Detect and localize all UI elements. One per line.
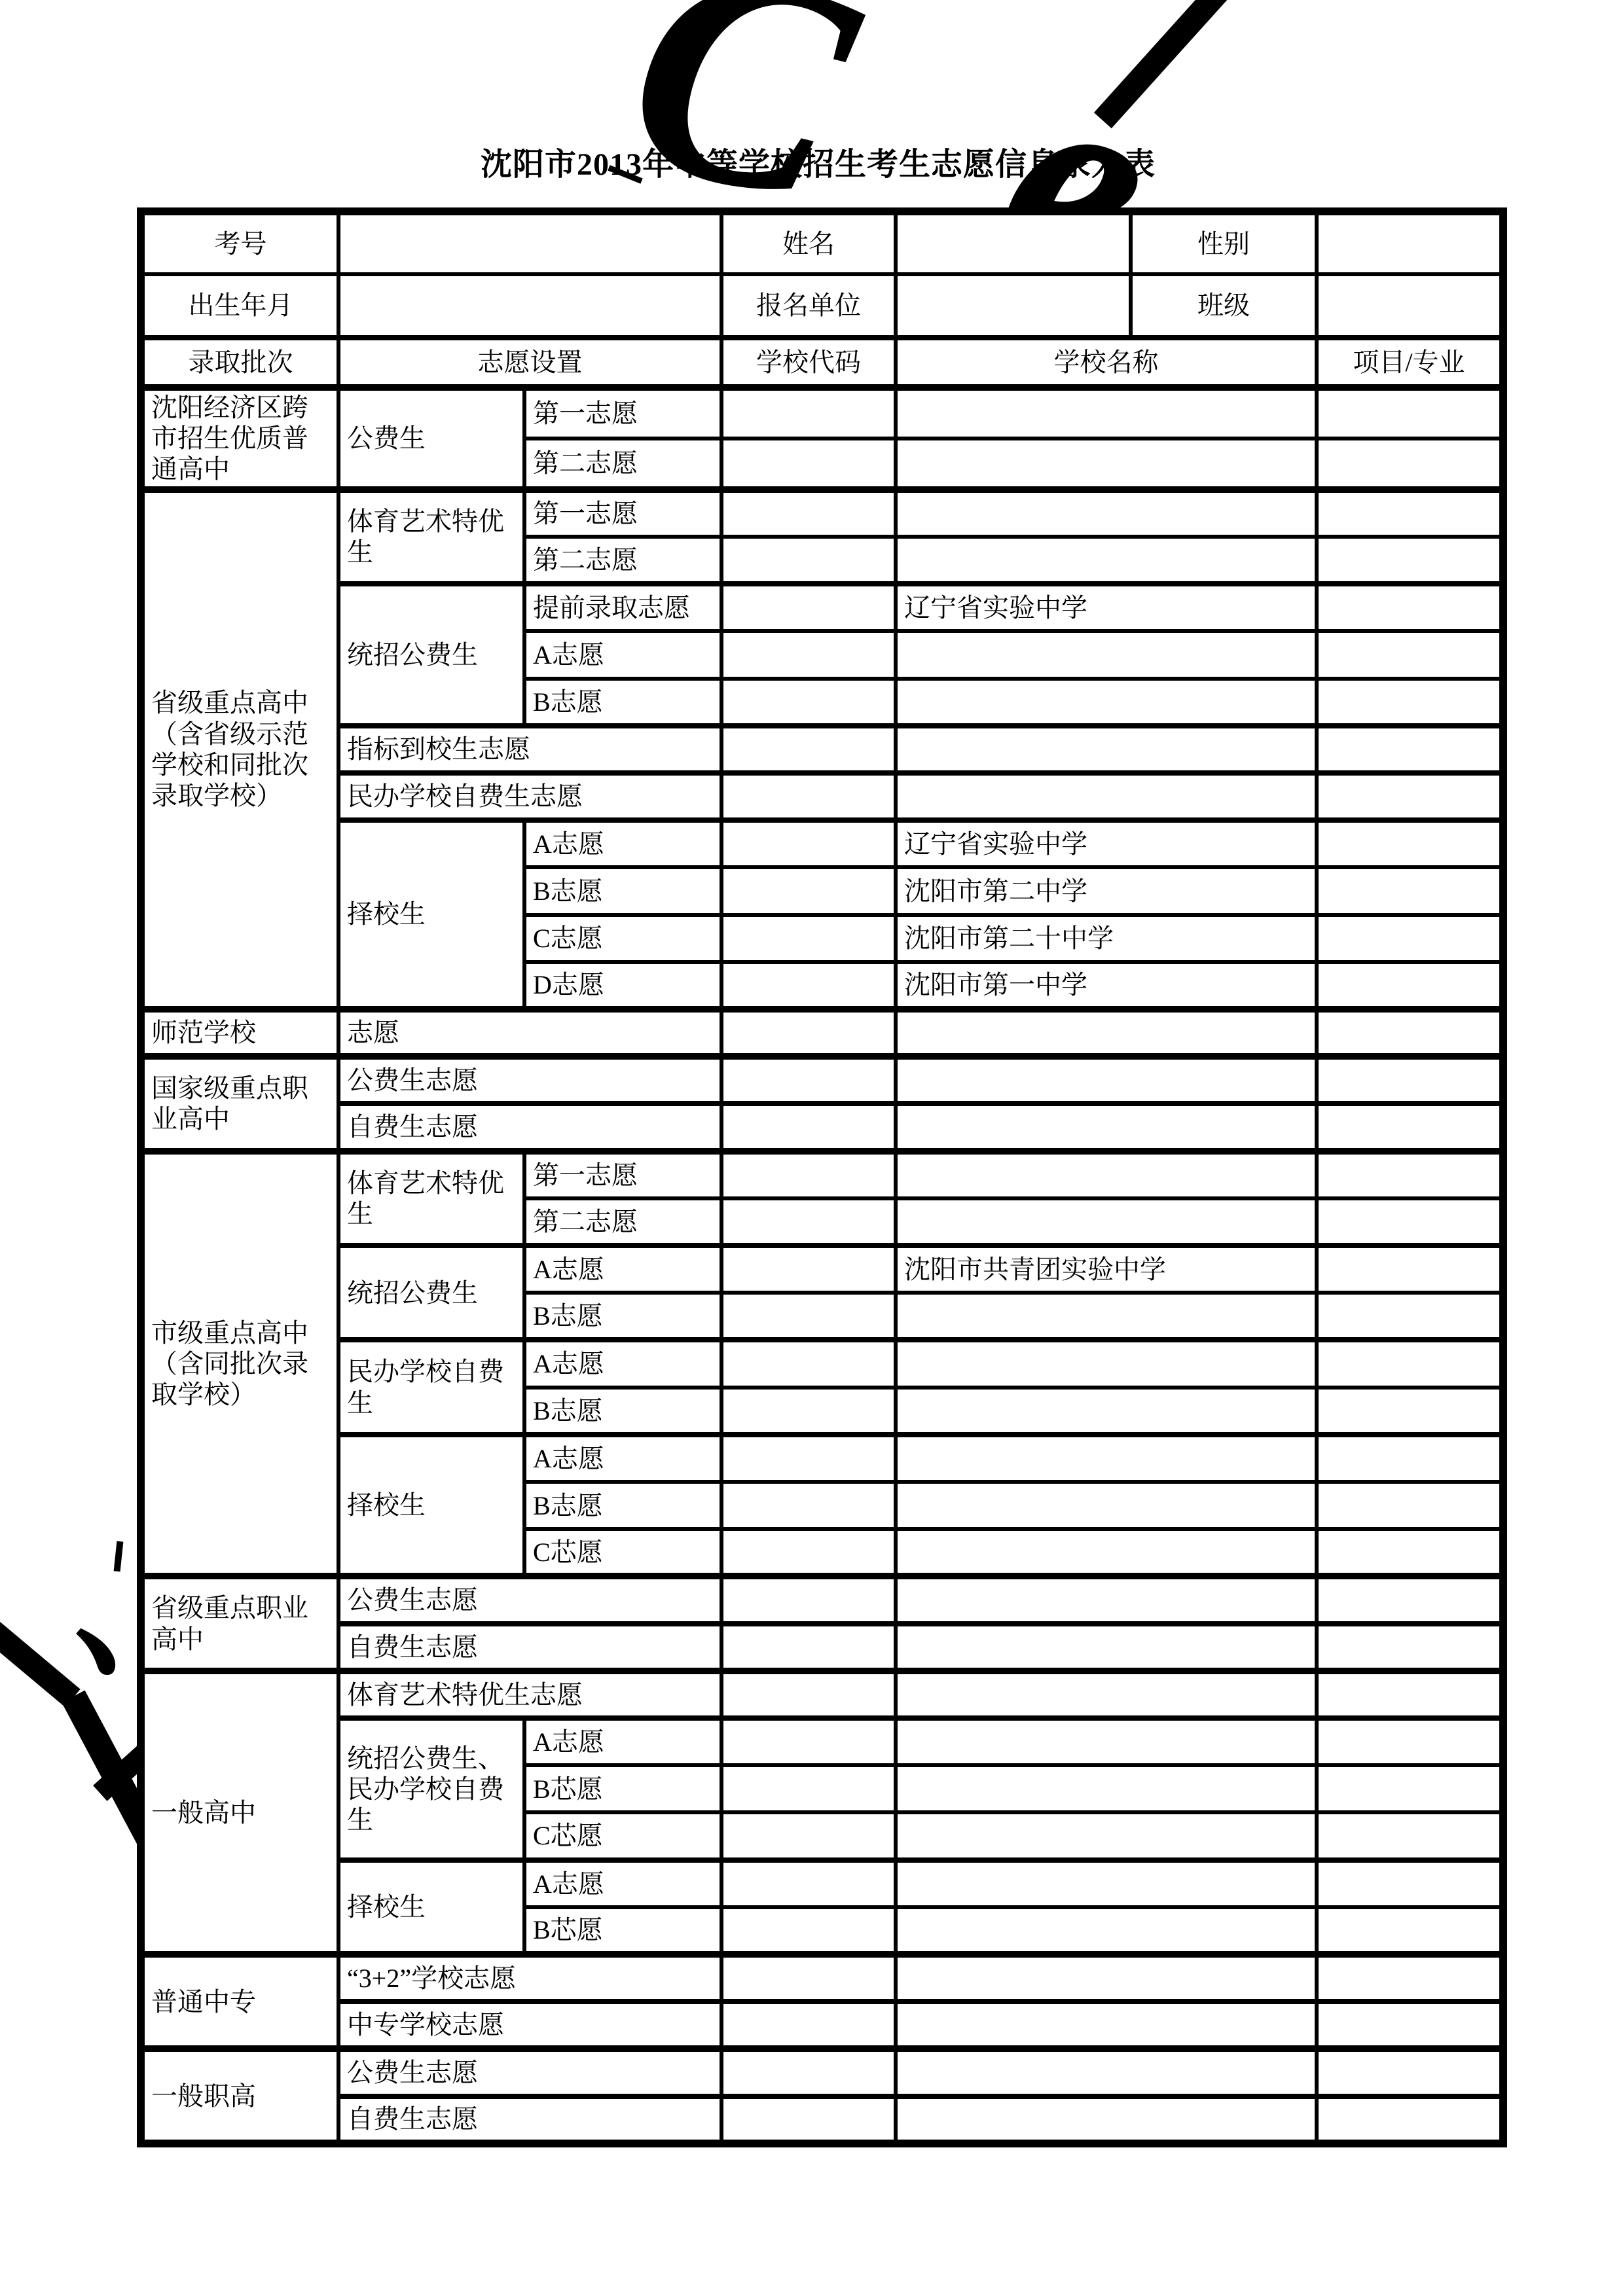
choice-cell: A志愿 (524, 1340, 721, 1387)
table-row: 省级重点高中（含省级示范学校和同批次录取学校）体育艺术特优生第一志愿 (141, 490, 1503, 537)
school-cell (896, 1860, 1317, 1907)
code-cell (721, 1103, 896, 1151)
major-cell (1317, 1482, 1503, 1529)
major-cell (1317, 1718, 1503, 1765)
major-cell (1317, 537, 1503, 584)
major-cell (1317, 1812, 1503, 1859)
major-cell (1317, 1907, 1503, 1954)
group-cell: 自费生志愿 (338, 2096, 721, 2144)
choice-cell: 第二志愿 (524, 1198, 721, 1246)
group-cell: 择校生 (338, 820, 524, 1009)
school-cell: 沈阳市第一中学 (896, 962, 1317, 1009)
info-row: 考号姓名性别 (141, 211, 1503, 274)
major-cell (1317, 820, 1503, 867)
batch-cell: 一般高中 (141, 1671, 338, 1954)
scanned-form-page: { "page": { "title": "沈阳市2013年中等学校招生考生志愿… (0, 0, 1623, 2296)
code-cell (721, 1246, 896, 1293)
table-row: 统招公费生、民办学校自费生A志愿 (141, 1718, 1503, 1765)
code-cell (721, 1907, 896, 1954)
code-cell (721, 1860, 896, 1907)
major-cell (1317, 1009, 1503, 1056)
school-cell (896, 2096, 1317, 2144)
choice-cell: 第一志愿 (524, 490, 721, 537)
code-cell (721, 1482, 896, 1529)
batch-cell: 国家级重点职业高中 (141, 1056, 338, 1151)
major-cell (1317, 2096, 1503, 2144)
major-cell (1317, 773, 1503, 820)
school-cell (896, 1529, 1317, 1576)
school-cell: 沈阳市第二十中学 (896, 915, 1317, 962)
group-cell: 民办学校自费生 (338, 1340, 524, 1434)
table-row: 中专学校志愿 (141, 2001, 1503, 2049)
major-cell (1317, 1198, 1503, 1246)
ink-tick (114, 1541, 124, 1572)
choice-cell: 第一志愿 (524, 1151, 721, 1198)
choice-cell: A志愿 (524, 1860, 721, 1907)
group-cell: 指标到校生志愿 (338, 726, 721, 773)
batch-cell: 市级重点高中（含同批次录取学校） (141, 1151, 338, 1577)
school-cell (896, 726, 1317, 773)
code-cell (721, 439, 896, 490)
code-cell (721, 915, 896, 962)
batch-cell: 省级重点高中（含省级示范学校和同批次录取学校） (141, 490, 338, 1009)
batch-cell: 一般职高 (141, 2049, 338, 2144)
batch-cell: 沈阳经济区跨市招生优质普通高中 (141, 387, 338, 490)
group-cell: “3+2”学校志愿 (338, 1954, 721, 2001)
major-cell (1317, 1103, 1503, 1151)
choice-cell: A志愿 (524, 820, 721, 867)
group-cell: 统招公费生、民办学校自费生 (338, 1718, 524, 1860)
col-header-school: 学校名称 (896, 338, 1317, 387)
field-value (1317, 211, 1503, 274)
group-cell: 自费生志愿 (338, 1103, 721, 1151)
choice-cell: A志愿 (524, 1246, 721, 1293)
choice-cell: 提前录取志愿 (524, 584, 721, 631)
major-cell (1317, 2049, 1503, 2096)
code-cell (721, 1435, 896, 1482)
school-cell (896, 1671, 1317, 1718)
col-header-batch: 录取批次 (141, 338, 338, 387)
school-cell (896, 1624, 1317, 1671)
school-cell (896, 679, 1317, 726)
batch-cell: 师范学校 (141, 1009, 338, 1056)
header-row: 录取批次志愿设置学校代码学校名称项目/专业 (141, 338, 1503, 387)
major-cell (1317, 439, 1503, 490)
group-cell: 体育艺术特优生 (338, 1151, 524, 1246)
school-cell (896, 387, 1317, 439)
major-cell (1317, 679, 1503, 726)
table-row: 民办学校自费生志愿 (141, 773, 1503, 820)
batch-cell: 普通中专 (141, 1954, 338, 2049)
major-cell (1317, 631, 1503, 678)
code-cell (721, 1718, 896, 1765)
code-cell (721, 1624, 896, 1671)
school-cell (896, 1435, 1317, 1482)
group-cell: 自费生志愿 (338, 1624, 721, 1671)
choice-cell: A志愿 (524, 1718, 721, 1765)
school-cell (896, 490, 1317, 537)
choice-cell: 第二志愿 (524, 439, 721, 490)
code-cell (721, 631, 896, 678)
choice-cell: B志愿 (524, 1482, 721, 1529)
table-row: 自费生志愿 (141, 2096, 1503, 2144)
school-cell: 沈阳市第二中学 (896, 867, 1317, 914)
choice-cell: C芯愿 (524, 1812, 721, 1859)
field-value (896, 274, 1131, 337)
table-row: 择校生A志愿 (141, 1435, 1503, 1482)
table-row: 省级重点职业高中公费生志愿 (141, 1576, 1503, 1623)
major-cell (1317, 584, 1503, 631)
choice-cell: B芯愿 (524, 1765, 721, 1812)
major-cell (1317, 2001, 1503, 2049)
table-row: 统招公费生提前录取志愿辽宁省实验中学 (141, 584, 1503, 631)
field-value (896, 211, 1131, 274)
col-header-setting: 志愿设置 (338, 338, 721, 387)
major-cell (1317, 1340, 1503, 1387)
table-row: 沈阳经济区跨市招生优质普通高中公费生第一志愿 (141, 387, 1503, 439)
info-row: 出生年月报名单位班级 (141, 274, 1503, 337)
table-row: 自费生志愿 (141, 1103, 1503, 1151)
choice-cell: C志愿 (524, 915, 721, 962)
group-cell: 体育艺术特优生志愿 (338, 1671, 721, 1718)
field-label: 班级 (1131, 274, 1317, 337)
code-cell (721, 1293, 896, 1340)
group-cell: 公费生志愿 (338, 1576, 721, 1623)
school-cell (896, 631, 1317, 678)
major-cell (1317, 1246, 1503, 1293)
school-cell (896, 1718, 1317, 1765)
major-cell (1317, 915, 1503, 962)
table-row: 择校生A志愿辽宁省实验中学 (141, 820, 1503, 867)
choice-cell: C芯愿 (524, 1529, 721, 1576)
code-cell (721, 1529, 896, 1576)
code-cell (721, 584, 896, 631)
choice-cell: B志愿 (524, 679, 721, 726)
form-title: 沈阳市2013年中等学校招生考生志愿信息录入表 (137, 139, 1499, 184)
school-cell (896, 1388, 1317, 1435)
major-cell (1317, 1435, 1503, 1482)
major-cell (1317, 962, 1503, 1009)
choice-cell: B志愿 (524, 1388, 721, 1435)
field-label: 出生年月 (141, 274, 338, 337)
school-cell (896, 1103, 1317, 1151)
field-value (1317, 274, 1503, 337)
school-cell (896, 1198, 1317, 1246)
form-table: 考号姓名性别出生年月报名单位班级录取批次志愿设置学校代码学校名称项目/专业沈阳经… (137, 207, 1507, 2147)
table-row: 择校生A志愿 (141, 1860, 1503, 1907)
school-cell (896, 1954, 1317, 2001)
field-label: 性别 (1131, 211, 1317, 274)
table-row: 国家级重点职业高中公费生志愿 (141, 1056, 1503, 1103)
school-cell (896, 773, 1317, 820)
choice-cell: A志愿 (524, 631, 721, 678)
school-cell (896, 1907, 1317, 1954)
school-cell: 辽宁省实验中学 (896, 820, 1317, 867)
school-cell: 沈阳市共青团实验中学 (896, 1246, 1317, 1293)
table-row: 指标到校生志愿 (141, 726, 1503, 773)
major-cell (1317, 1529, 1503, 1576)
major-cell (1317, 1954, 1503, 2001)
school-cell: 辽宁省实验中学 (896, 584, 1317, 631)
major-cell (1317, 1151, 1503, 1198)
group-cell: 中专学校志愿 (338, 2001, 721, 2049)
choice-cell: B志愿 (524, 867, 721, 914)
code-cell (721, 490, 896, 537)
table-row: 自费生志愿 (141, 1624, 1503, 1671)
school-cell (896, 1009, 1317, 1056)
code-cell (721, 726, 896, 773)
choice-cell: 第一志愿 (524, 387, 721, 439)
group-cell: 择校生 (338, 1435, 524, 1577)
code-cell (721, 1198, 896, 1246)
watermark-diagonal-stroke (1094, 0, 1234, 128)
table-row: 一般职高公费生志愿 (141, 2049, 1503, 2096)
major-cell (1317, 867, 1503, 914)
group-cell: 公费生志愿 (338, 2049, 721, 2096)
major-cell (1317, 1860, 1503, 1907)
col-header-code: 学校代码 (721, 338, 896, 387)
code-cell (721, 1576, 896, 1623)
group-cell: 公费生志愿 (338, 1056, 721, 1103)
major-cell (1317, 1624, 1503, 1671)
table-row: 师范学校志愿 (141, 1009, 1503, 1056)
field-value (338, 211, 721, 274)
field-value (338, 274, 721, 337)
code-cell (721, 2049, 896, 2096)
major-cell (1317, 1388, 1503, 1435)
code-cell (721, 1388, 896, 1435)
choice-cell: A志愿 (524, 1435, 721, 1482)
major-cell (1317, 1056, 1503, 1103)
group-cell: 民办学校自费生志愿 (338, 773, 721, 820)
major-cell (1317, 1293, 1503, 1340)
major-cell (1317, 387, 1503, 439)
col-header-major: 项目/专业 (1317, 338, 1503, 387)
code-cell (721, 387, 896, 439)
code-cell (721, 962, 896, 1009)
code-cell (721, 773, 896, 820)
choice-cell: B芯愿 (524, 1907, 721, 1954)
major-cell (1317, 726, 1503, 773)
code-cell (721, 537, 896, 584)
school-cell (896, 2001, 1317, 2049)
field-label: 考号 (141, 211, 338, 274)
choice-cell: D志愿 (524, 962, 721, 1009)
choice-cell: B志愿 (524, 1293, 721, 1340)
school-cell (896, 537, 1317, 584)
field-label: 姓名 (721, 211, 896, 274)
code-cell (721, 1340, 896, 1387)
group-cell: 择校生 (338, 1860, 524, 1954)
school-cell (896, 1293, 1317, 1340)
school-cell (896, 1340, 1317, 1387)
code-cell (721, 1056, 896, 1103)
school-cell (896, 439, 1317, 490)
school-cell (896, 1576, 1317, 1623)
table-row: 普通中专“3+2”学校志愿 (141, 1954, 1503, 2001)
code-cell (721, 867, 896, 914)
table-row: 市级重点高中（含同批次录取学校）体育艺术特优生第一志愿 (141, 1151, 1503, 1198)
field-label: 报名单位 (721, 274, 896, 337)
code-cell (721, 1954, 896, 2001)
code-cell (721, 1812, 896, 1859)
group-cell: 统招公费生 (338, 1246, 524, 1340)
school-cell (896, 2049, 1317, 2096)
school-cell (896, 1482, 1317, 1529)
batch-cell: 省级重点职业高中 (141, 1576, 338, 1670)
group-cell: 统招公费生 (338, 584, 524, 726)
school-cell (896, 1151, 1317, 1198)
school-cell (896, 1765, 1317, 1812)
table-row: 统招公费生A志愿沈阳市共青团实验中学 (141, 1246, 1503, 1293)
ink-diagonal-stroke (0, 1618, 81, 1708)
major-cell (1317, 1671, 1503, 1718)
major-cell (1317, 490, 1503, 537)
code-cell (721, 1765, 896, 1812)
table-row: 一般高中体育艺术特优生志愿 (141, 1671, 1503, 1718)
code-cell (721, 820, 896, 867)
code-cell (721, 2096, 896, 2144)
choice-cell: 第二志愿 (524, 537, 721, 584)
major-cell (1317, 1765, 1503, 1812)
code-cell (721, 679, 896, 726)
code-cell (721, 1671, 896, 1718)
school-cell (896, 1056, 1317, 1103)
code-cell (721, 1009, 896, 1056)
major-cell (1317, 1576, 1503, 1623)
group-cell: 体育艺术特优生 (338, 490, 524, 584)
school-cell (896, 1812, 1317, 1859)
code-cell (721, 1151, 896, 1198)
code-cell (721, 2001, 896, 2049)
group-cell: 志愿 (338, 1009, 721, 1056)
table-row: 民办学校自费生A志愿 (141, 1340, 1503, 1387)
form-table-body: 考号姓名性别出生年月报名单位班级录取批次志愿设置学校代码学校名称项目/专业沈阳经… (141, 211, 1503, 2144)
group-cell: 公费生 (338, 387, 524, 490)
